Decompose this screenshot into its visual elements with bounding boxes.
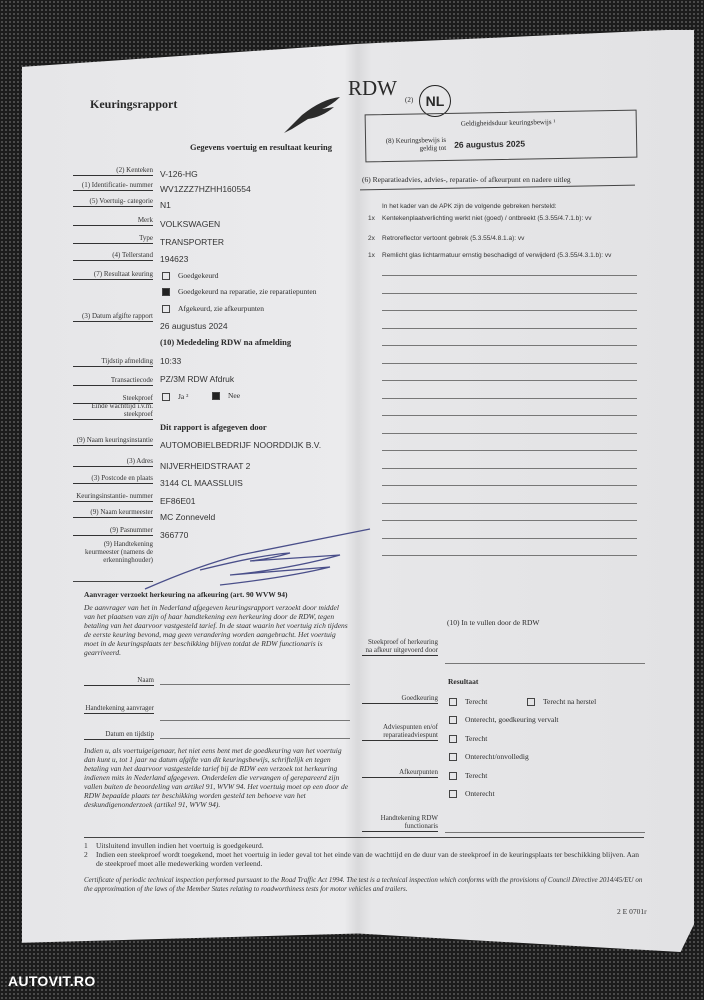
applicant-date-field[interactable] [160, 738, 350, 739]
performed-by-field[interactable] [445, 663, 645, 664]
date-label: (3) Datum afgifte rapport [73, 312, 153, 322]
vehicle-field-label: Merk [73, 216, 153, 226]
rdw-result-checkbox[interactable] [527, 698, 535, 706]
repair-line [382, 468, 637, 469]
repair-text: Remlicht glas lichtarmatuur ernstig besc… [382, 252, 637, 260]
vehicle-field-value: WV1ZZZ7HZHH160554 [160, 184, 251, 194]
reinspection-text: De aanvrager van het in Nederland afgege… [84, 603, 349, 657]
sample-yes-checkbox[interactable] [162, 393, 170, 401]
result-checkbox[interactable] [162, 288, 170, 296]
rdw-result-checkbox[interactable] [449, 772, 457, 780]
result-title: Resultaat [448, 677, 478, 686]
autovit-watermark: AUTOVIT.RO [8, 973, 96, 989]
vehicle-field-value: V-126-HG [160, 169, 198, 179]
date-value: 26 augustus 2024 [160, 321, 228, 331]
sample-yes: Ja ² [162, 392, 188, 401]
issuer-field-label: (9) Naam keurmeester [73, 508, 153, 518]
repair-line [382, 433, 637, 434]
vehicle-field-value: TRANSPORTER [160, 237, 224, 247]
repair-line [382, 293, 637, 294]
rdw-signature-label: Handtekening RDW functionaris [362, 814, 438, 832]
vehicle-field-label: (2) Kenteken [73, 166, 153, 176]
rdw-result-option: Onterecht/onvolledig [449, 752, 529, 761]
issuer-field-value: NIJVERHEIDSTRAAT 2 [160, 461, 250, 471]
issuer-field-label: (9) Pasnummer [73, 526, 153, 536]
repair-qty: 2x [368, 235, 375, 243]
result-checkbox[interactable] [162, 305, 170, 313]
performed-by-label: Steekproef of herkeuring na afkeur uitge… [362, 638, 438, 656]
repair-line [382, 415, 637, 416]
rdw-result-option: Terecht [449, 734, 487, 743]
issuer-field-value: 3144 CL MAASSLUIS [160, 478, 243, 488]
repair-line [382, 275, 637, 276]
vehicle-field-value: N1 [160, 200, 171, 210]
rdw-result-checkbox[interactable] [449, 790, 457, 798]
rdw-result-checkbox[interactable] [449, 698, 457, 706]
repair-line [382, 450, 637, 451]
rdw-logo-text: RDW [348, 76, 397, 101]
applicant-name-field[interactable] [160, 684, 350, 685]
applicant-date-label: Datum en tijdstip [84, 730, 154, 740]
issuer-field-label: (9) Naam keuringsinstantie [73, 436, 153, 446]
vehicle-field-value: 194623 [160, 254, 188, 264]
repair-line [382, 555, 637, 556]
vehicle-field-value: VOLKSWAGEN [160, 219, 220, 229]
repair-line [382, 363, 637, 364]
repairs-intro: In het kader van de APK zijn de volgende… [382, 203, 557, 211]
repair-line [382, 310, 637, 311]
approval-label: Goedkeuring [362, 694, 438, 704]
result-option: Goedgekeurd [162, 271, 218, 280]
advice-label: Adviespunten en/of reparatieadviespunt [362, 723, 438, 741]
time-value: 10:33 [160, 356, 181, 366]
validity-title: Geldigheidsduur keuringsbewijs ¹ [461, 118, 556, 128]
rdw-result-checkbox[interactable] [449, 753, 457, 761]
vehicle-field-label: (5) Voertuig- categorie [73, 197, 153, 207]
issuer-title: Dit rapport is afgegeven door [160, 422, 267, 432]
rdw-feather-logo-icon [282, 95, 342, 135]
code-value: PZ/3M RDW Afdruk [160, 374, 234, 384]
notification-title: (10) Mededeling RDW na afmelding [160, 337, 291, 347]
applicant-name-label: Naam [84, 676, 154, 686]
reinspection-title: Aanvrager verzoekt herkeuring na afkeuri… [84, 590, 288, 599]
repair-line [382, 398, 637, 399]
vehicle-field-label: Type [73, 234, 153, 244]
footnote-number: 2 [84, 850, 88, 859]
rdw-result-option: Terecht [449, 697, 487, 706]
repair-line [382, 503, 637, 504]
rdw-result-option: Terecht na herstel [527, 697, 596, 706]
reject-label: Afkeurpunten [362, 768, 438, 778]
disagree-text: Indien u, als voertuigeigenaar, het niet… [84, 746, 354, 809]
sample-no-checkbox[interactable] [212, 392, 220, 400]
rdw-signature-field[interactable] [445, 832, 645, 833]
rdw-result-checkbox[interactable] [449, 735, 457, 743]
wait-label: Einde wachttijd i.v.m. steekproef [73, 402, 153, 420]
repair-line [382, 520, 637, 521]
issuer-field-value: AUTOMOBIELBEDRIJF NOORDDIJK B.V. [160, 440, 321, 450]
certificate-text: Certificate of periodic technical inspec… [84, 876, 644, 894]
repair-qty: 1x [368, 252, 375, 260]
document-title: Keuringsrapport [90, 97, 177, 112]
footnote-number: 1 [84, 841, 88, 850]
rdw-result-option: Onterecht, goedkeuring vervalt [449, 715, 559, 724]
issuer-field-value: 366770 [160, 530, 188, 540]
validity-box: Geldigheidsduur keuringsbewijs ¹ (8) Keu… [365, 110, 638, 163]
rdw-section-title: (10) In te vullen door de RDW [447, 618, 539, 627]
repair-qty: 1x [368, 215, 375, 223]
result-option: Goedgekeurd na reparatie, zie reparatiep… [162, 287, 316, 296]
issuer-field-value: MC Zonneveld [160, 512, 215, 522]
repair-line [382, 538, 637, 539]
repair-line [382, 485, 637, 486]
repairs-title: (6) Reparatieadvies, advies-, reparatie-… [362, 175, 571, 184]
validity-label: (8) Keuringsbewijs is geldig tot [384, 136, 446, 153]
repair-line [382, 328, 637, 329]
rdw-result-option: Onterecht [449, 789, 495, 798]
issuer-field-value: EF86E01 [160, 496, 195, 506]
result-checkbox[interactable] [162, 272, 170, 280]
form-code: 2 E 0701r [617, 907, 647, 916]
vehicle-section-title: Gegevens voertuig en resultaat keuring [190, 142, 332, 152]
country-ref: (2) [405, 96, 413, 104]
repair-text: Kentekenplaatverlichting werkt niet (goe… [382, 215, 637, 223]
result-option: Afgekeurd, zie afkeurpunten [162, 304, 264, 313]
validity-date: 26 augustus 2025 [454, 139, 525, 150]
code-label: Transactiecode [73, 376, 153, 386]
applicant-signature-field[interactable] [160, 720, 350, 721]
vehicle-field-label: (4) Tellerstand [73, 251, 153, 261]
rdw-result-option: Terecht [449, 771, 487, 780]
result-label: (7) Resultaat keuring [73, 270, 153, 280]
repair-text: Retroreflector vertoont gebrek (5.3.55/4… [382, 235, 637, 243]
issuer-field-label: Keuringsinstantie- nummer [73, 492, 153, 502]
applicant-signature-label: Handtekening aanvrager [84, 704, 154, 714]
footnote-text: Uitsluitend invullen indien het voertuig… [96, 841, 641, 850]
rdw-result-checkbox[interactable] [449, 716, 457, 724]
vehicle-field-label: (1) Identificatie- nummer [73, 181, 153, 191]
time-label: Tijdstip afmelding [73, 357, 153, 367]
repair-line [382, 345, 637, 346]
issuer-field-label: (3) Postcode en plaats [73, 474, 153, 484]
sample-no: Nee [212, 391, 240, 400]
footnote-text: Indien een steekproef wordt toegekend, m… [96, 850, 641, 868]
repair-line [382, 380, 637, 381]
issuer-field-label: (3) Adres [73, 457, 153, 467]
